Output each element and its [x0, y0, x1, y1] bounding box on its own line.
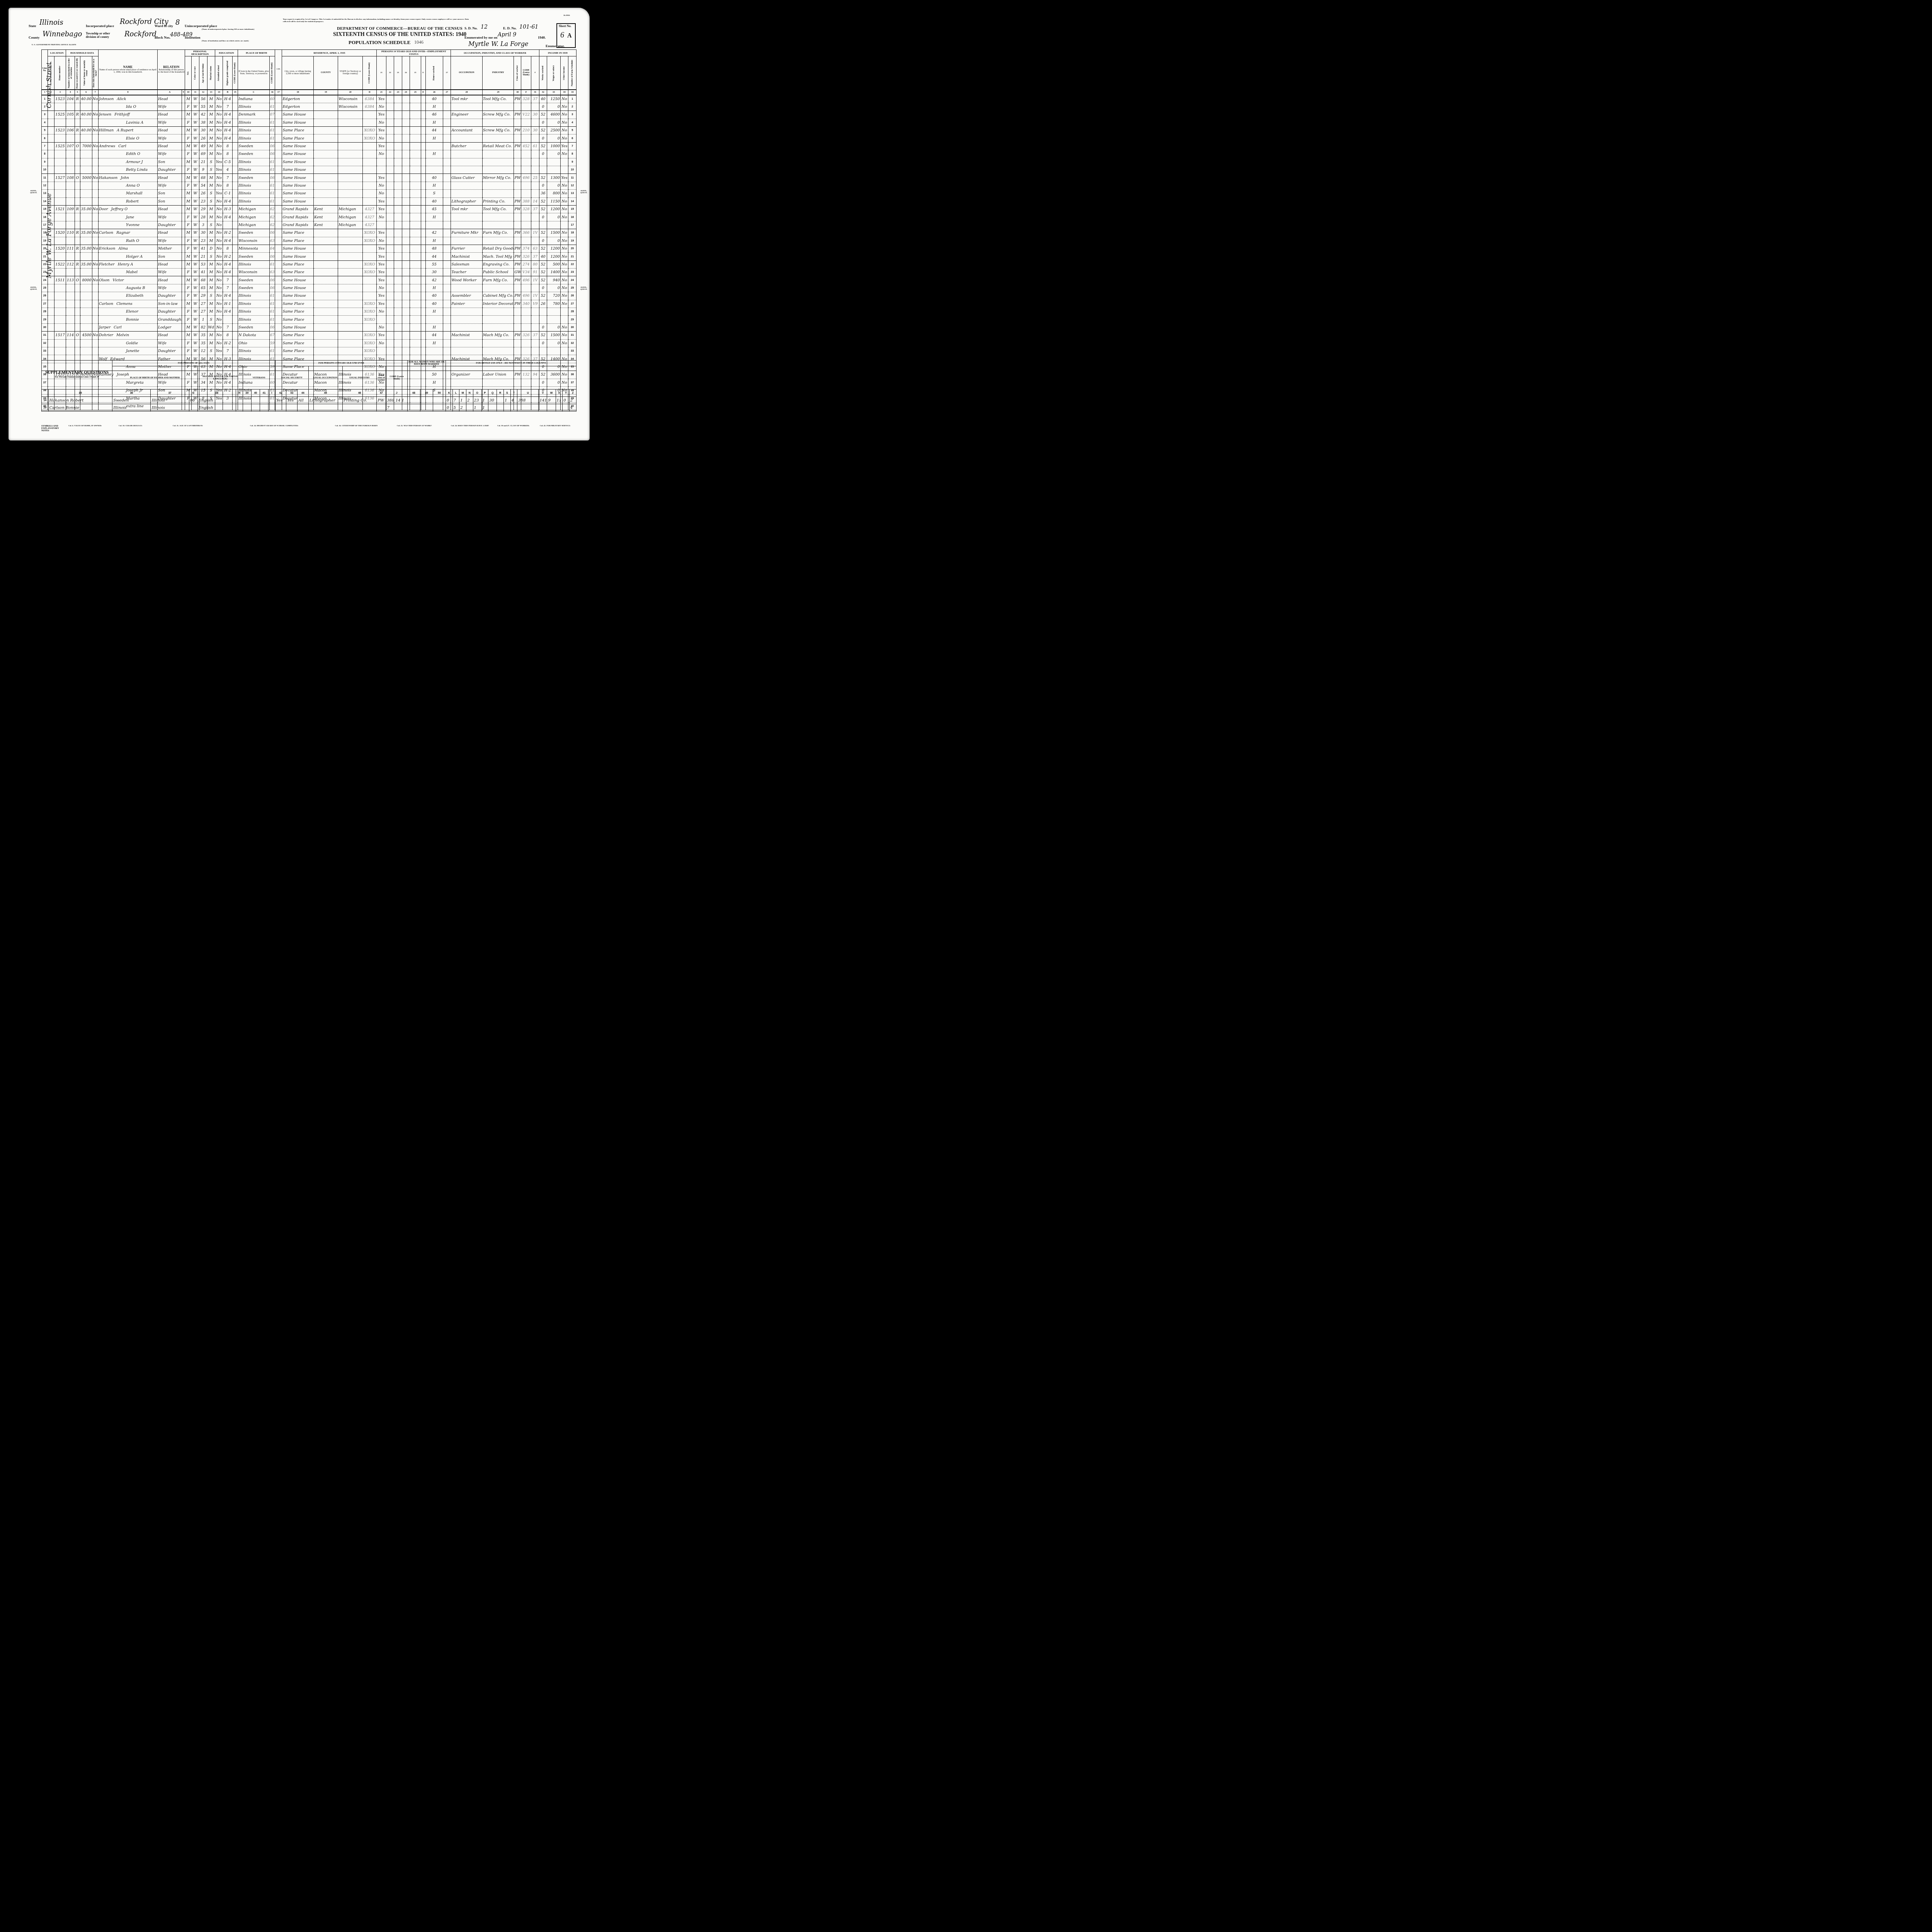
citizenship — [275, 127, 282, 134]
house-number — [54, 316, 66, 323]
at-work: No — [377, 339, 386, 347]
race: W — [191, 182, 199, 189]
other-income: No — [560, 245, 568, 252]
col-23 — [394, 103, 402, 111]
supp-column-number: G — [189, 389, 197, 397]
col-code-b: CODE (Leave blank) — [232, 56, 238, 90]
residence-city: Same House — [282, 245, 314, 252]
line-number: 5 — [42, 127, 48, 134]
grade: H-4 — [223, 95, 232, 103]
form-number: 16-3816 — [563, 15, 570, 17]
col-24 — [402, 213, 410, 221]
col-25 — [410, 158, 421, 166]
weeks-worked — [539, 316, 547, 323]
col-race: Color or race — [191, 56, 199, 90]
marital-status: M — [207, 95, 215, 103]
residence-code — [362, 142, 377, 150]
farm — [92, 300, 98, 308]
last-name: Dohrier — [99, 333, 113, 337]
marital-status: M — [207, 127, 215, 134]
group-location: LOCATION — [48, 50, 66, 56]
farm — [92, 308, 98, 316]
industry: Interior Decorating — [482, 300, 514, 308]
citizenship — [275, 158, 282, 166]
at-work: No — [377, 182, 386, 189]
residence-city: Edgerton — [282, 95, 314, 103]
hours: 44 — [425, 127, 443, 134]
citizenship — [275, 332, 282, 339]
weeks-worked — [539, 308, 547, 316]
hours: H — [425, 308, 443, 316]
person-name: HillmanA Rupert — [98, 127, 157, 134]
residence-code — [362, 276, 377, 284]
grade: H-4 — [223, 292, 232, 300]
house-number — [54, 253, 66, 260]
col-24 — [402, 339, 410, 347]
farm — [92, 182, 98, 189]
tenure — [75, 253, 80, 260]
residence-code: XOXO — [362, 332, 377, 339]
code-e — [421, 134, 425, 142]
col-24 — [402, 119, 410, 126]
relation: Wife — [158, 103, 182, 111]
col-27 — [443, 127, 451, 134]
supp-office-cols — [446, 366, 576, 389]
grade: H-4 — [223, 111, 232, 119]
sex: M — [185, 276, 191, 284]
household-number: 112 — [66, 260, 75, 268]
class-of-worker — [514, 237, 521, 245]
sex: M — [185, 142, 191, 150]
code-e — [421, 158, 425, 166]
col-23 — [394, 158, 402, 166]
weeks-worked: 52 — [539, 197, 547, 205]
race: W — [191, 284, 199, 292]
ward-label: Ward of city — [155, 24, 173, 28]
attended-school: No — [215, 332, 223, 339]
citizenship — [275, 103, 282, 111]
col-27 — [443, 308, 451, 316]
wages: 0 — [547, 119, 561, 126]
col-25 — [410, 197, 421, 205]
code-b — [232, 197, 238, 205]
supp-41 — [260, 397, 268, 404]
relation: Wife — [158, 119, 182, 126]
code-a — [182, 260, 185, 268]
relation: Head — [158, 95, 182, 103]
attended-school: No — [215, 95, 223, 103]
col-24 — [402, 158, 410, 166]
residence-state — [338, 119, 362, 126]
industry: Printing Co. — [482, 197, 514, 205]
residence-county — [314, 182, 338, 189]
home-value — [80, 134, 92, 142]
wages: 0 — [547, 339, 561, 347]
residence-code — [362, 182, 377, 189]
code-a — [182, 221, 185, 229]
birthplace: Illinois — [238, 134, 270, 142]
residence-code: XOXO — [362, 308, 377, 316]
col-24 — [402, 269, 410, 276]
age: 55 — [199, 103, 207, 111]
occupation: Glass Cutter — [451, 174, 483, 182]
col-23 — [394, 111, 402, 119]
column-number: 5 — [75, 90, 80, 95]
col-22 — [386, 237, 394, 245]
residence-city: Same House — [282, 197, 314, 205]
class-of-worker — [514, 323, 521, 331]
citizenship — [275, 237, 282, 245]
farm-schedule: 25 — [568, 284, 577, 292]
farm — [92, 197, 98, 205]
code-a — [182, 339, 185, 347]
residence-code: XOXO — [362, 269, 377, 276]
block-label: Block Nos. — [155, 36, 170, 39]
residence-city: Same House — [282, 182, 314, 189]
residence-county — [314, 197, 338, 205]
farm: No — [92, 332, 98, 339]
household-number — [66, 300, 75, 308]
tenure: R — [75, 229, 80, 237]
supp-l: 5 — [452, 404, 459, 412]
column-number: 21 — [377, 90, 386, 95]
birthplace: Michigan — [238, 221, 270, 229]
code-b — [232, 111, 238, 119]
supp-column-number: W — [547, 389, 556, 397]
citizenship — [275, 339, 282, 347]
code-b — [232, 190, 238, 197]
col-25 — [410, 166, 421, 174]
supp-column-number: N — [466, 389, 473, 397]
class-of-worker: PW — [514, 197, 521, 205]
street-cell — [48, 134, 54, 142]
residence-state: Michigan — [338, 213, 362, 221]
other-income: No — [560, 95, 568, 103]
supp-ss2 — [286, 404, 298, 412]
relation: Head — [158, 174, 182, 182]
col-25 — [410, 95, 421, 103]
attended-school: No — [215, 229, 223, 237]
industry-code: V9 — [531, 300, 539, 308]
farm-schedule: 9 — [568, 158, 577, 166]
code-a — [182, 213, 185, 221]
wages: 720 — [547, 292, 561, 300]
industry: Mirror Mfg Co. — [482, 174, 514, 182]
tenure — [75, 197, 80, 205]
occupation-code — [521, 339, 531, 347]
citizenship — [275, 182, 282, 189]
sex: M — [185, 300, 191, 308]
household-number: 113 — [66, 276, 75, 284]
grade: H-4 — [223, 237, 232, 245]
person-name: AndrewsCarl — [98, 142, 157, 150]
occupation-code — [521, 213, 531, 221]
person-name: CarlsonRagnar — [98, 229, 157, 237]
farm — [92, 347, 98, 355]
grade: H-4 — [223, 197, 232, 205]
home-value — [80, 158, 92, 166]
household-number: 108 — [66, 174, 75, 182]
occupation: Furrier — [451, 245, 483, 252]
township-label: Township or other division of county — [86, 32, 117, 39]
residence-code — [362, 174, 377, 182]
citizenship — [275, 245, 282, 252]
residence-county — [314, 253, 338, 260]
household-number: 107 — [66, 142, 75, 150]
birthplace: Illinois — [238, 308, 270, 316]
industry-code: 30 — [531, 127, 539, 134]
industry-code — [531, 339, 539, 347]
col-24 — [402, 166, 410, 174]
weeks-worked — [539, 221, 547, 229]
age: 27 — [199, 300, 207, 308]
at-work: No — [377, 323, 386, 331]
supp-ucls: PW — [377, 397, 386, 404]
table-row: 21Holger ASonMW21SNoH-2Sweden06Same Hous… — [42, 253, 577, 260]
residence-code: XOXO — [362, 300, 377, 308]
residence-county — [314, 323, 338, 331]
citizenship — [275, 300, 282, 308]
table-row: 27CarlsonClemensSon-in-lawMW27MNoH-1Illi… — [42, 300, 577, 308]
street-cell — [48, 347, 54, 355]
relation: Head — [158, 260, 182, 268]
industry-code — [531, 221, 539, 229]
col-22: 22 — [386, 56, 394, 90]
citizenship — [275, 292, 282, 300]
column-number: F — [521, 90, 531, 95]
marital-status: M — [207, 269, 215, 276]
sex: F — [185, 182, 191, 189]
attended-school: No — [215, 245, 223, 252]
occupation — [451, 190, 483, 197]
col-27 — [443, 205, 451, 213]
other-income: No — [560, 253, 568, 260]
house-number — [54, 323, 66, 331]
other-income: No — [560, 292, 568, 300]
code-a — [182, 111, 185, 119]
col-code-c: CODE (Leave blank) — [269, 56, 275, 90]
birthplace: Sweden — [238, 142, 270, 150]
weeks-worked: 0 — [539, 182, 547, 189]
residence-county — [314, 260, 338, 268]
household-number: 110 — [66, 229, 75, 237]
birthplace-code: 61 — [269, 158, 275, 166]
col-23 — [394, 221, 402, 229]
line-number: 27 — [42, 300, 48, 308]
enumerated-label: Enumerated by me on — [464, 36, 497, 39]
tenure — [75, 308, 80, 316]
sheet-label: Sheet No. — [559, 24, 571, 28]
occupation — [451, 166, 483, 174]
wages: 0 — [547, 182, 561, 189]
residence-county — [314, 332, 338, 339]
col-22 — [386, 150, 394, 158]
col-25 — [410, 292, 421, 300]
person-name: JohnsonAlick — [98, 95, 157, 103]
col-owned: Home owned (O) or rented (R) — [75, 56, 80, 90]
home-value — [80, 166, 92, 174]
at-work: No — [377, 308, 386, 316]
tenure: O — [75, 276, 80, 284]
note-col11: Col. 11. AGE AT LAST BIRTHDAY: — [173, 425, 203, 427]
farm — [92, 284, 98, 292]
population-table: Line No. LOCATION HOUSEHOLD DATA NAMENam… — [41, 49, 577, 410]
grade: 7 — [223, 284, 232, 292]
industry-code: 37 — [531, 205, 539, 213]
birthplace: Sweden — [238, 174, 270, 182]
race: W — [191, 95, 199, 103]
code-e — [421, 300, 425, 308]
code-a — [182, 158, 185, 166]
person-name: CarlsonClemens — [98, 300, 157, 308]
supp-w: 11 — [556, 397, 563, 404]
table-row: 28ElenorDaughterFW27MNoH-4Illinois61Same… — [42, 308, 577, 316]
column-number: 18 — [282, 90, 314, 95]
wages: 940 — [547, 276, 561, 284]
at-work: Yes — [377, 142, 386, 150]
occupation-code: V22 — [521, 111, 531, 119]
household-number — [66, 213, 75, 221]
code-a — [182, 253, 185, 260]
sex: M — [185, 253, 191, 260]
col-24 — [402, 347, 410, 355]
occupation-code — [521, 347, 531, 355]
tenure — [75, 166, 80, 174]
home-value — [80, 253, 92, 260]
house-number — [54, 292, 66, 300]
sex: M — [185, 174, 191, 182]
code-a — [182, 237, 185, 245]
home-value — [80, 221, 92, 229]
birthplace-code: 06 — [269, 174, 275, 182]
race: W — [191, 229, 199, 237]
home-value: 35.00 — [80, 260, 92, 268]
supp-column-number: Y — [563, 389, 570, 397]
hours: H — [425, 119, 443, 126]
marital-status: M — [207, 284, 215, 292]
home-value: 7000 — [80, 142, 92, 150]
farm: No — [92, 245, 98, 252]
citizenship — [275, 316, 282, 323]
col-value: Value of home or monthly rental — [80, 56, 92, 90]
table-row: 23MabelWifeFW41MNoH-4Wisconsin63Same Pla… — [42, 269, 577, 276]
col-school: Attended school — [215, 56, 223, 90]
supp-w — [556, 404, 563, 412]
first-name: Frithjoff — [114, 112, 130, 117]
house-number — [54, 166, 66, 174]
farm — [92, 134, 98, 142]
code-e — [421, 182, 425, 189]
line-number: 9 — [42, 158, 48, 166]
street-cell — [48, 119, 54, 126]
col-27 — [443, 174, 451, 182]
residence-county — [314, 237, 338, 245]
tenure: R — [75, 95, 80, 103]
hours: 45 — [425, 205, 443, 213]
table-row: 4Lavinia AWifeFW38MNoH-4Illinois61Same H… — [42, 119, 577, 126]
residence-code: XOXO — [362, 134, 377, 142]
note-col21: Col. 21. WAS THIS PERSON AT WORK? — [397, 425, 432, 427]
residence-state — [338, 292, 362, 300]
class-of-worker: PW — [514, 229, 521, 237]
relation: Wife — [158, 237, 182, 245]
marital-status: M — [207, 308, 215, 316]
note-col10: Col. 10. COLOR OR RACE: — [119, 425, 143, 427]
marital-status: M — [207, 150, 215, 158]
supp-mother: Illinois — [151, 404, 189, 412]
wages — [547, 158, 561, 166]
sex: F — [185, 308, 191, 316]
house-number — [54, 347, 66, 355]
industry-code: 1V — [531, 229, 539, 237]
street-cell — [48, 323, 54, 331]
residence-county — [314, 150, 338, 158]
birthplace-code: 61 — [269, 308, 275, 316]
marital-status: M — [207, 111, 215, 119]
supp-uocc-h: USUAL OCCUPATION — [308, 366, 342, 389]
residence-county — [314, 166, 338, 174]
residence-state — [338, 300, 362, 308]
relation: Head — [158, 276, 182, 284]
birthplace: Sweden — [238, 323, 270, 331]
citizenship — [275, 166, 282, 174]
residence-state — [338, 323, 362, 331]
attended-school: No — [215, 284, 223, 292]
supp-g — [189, 404, 197, 412]
attended-school: No — [215, 269, 223, 276]
col-27 — [443, 276, 451, 284]
industry — [482, 182, 514, 189]
supp-uind — [342, 404, 376, 412]
sex: F — [185, 316, 191, 323]
col-23 — [394, 127, 402, 134]
col-27 — [443, 221, 451, 229]
column-number: 25 — [410, 90, 421, 95]
age: 53 — [199, 260, 207, 268]
code-e — [421, 197, 425, 205]
residence-city: Grand Rapids — [282, 213, 314, 221]
age: 82 — [199, 323, 207, 331]
table-row: 2Ida OWifeFW55MNo7Illinois61EdgertonWisc… — [42, 103, 577, 111]
birthplace-code: 06 — [269, 276, 275, 284]
marital-status: M — [207, 229, 215, 237]
col-24 — [402, 316, 410, 323]
residence-city: Same Place — [282, 347, 314, 355]
birthplace: Illinois — [238, 119, 270, 126]
supp-column-number: S — [503, 389, 510, 397]
wages: 500 — [547, 260, 561, 268]
industry — [482, 237, 514, 245]
tenure — [75, 134, 80, 142]
code-b — [232, 253, 238, 260]
hours: H — [425, 284, 443, 292]
first-name: Augusta B — [126, 286, 145, 290]
weeks-worked: 0 — [539, 134, 547, 142]
tenure: O — [75, 174, 80, 182]
supp-column-number: H — [236, 389, 243, 397]
street-cell — [48, 339, 54, 347]
tenure — [75, 323, 80, 331]
street-cell — [48, 182, 54, 189]
occupation — [451, 339, 483, 347]
col-25 — [410, 269, 421, 276]
code-b — [232, 205, 238, 213]
col-22 — [386, 332, 394, 339]
occupation: Machinist — [451, 253, 483, 260]
census-sheet: State Illinois County Winnebago Incorpor… — [9, 8, 590, 440]
citizenship — [275, 276, 282, 284]
race: W — [191, 323, 199, 331]
